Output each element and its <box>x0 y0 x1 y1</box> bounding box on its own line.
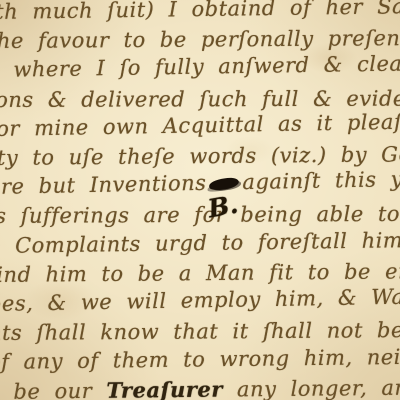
manuscript-line: ith much ſuit) I obtaind of her Sa <box>0 0 400 27</box>
handwritten-text: any longer, and <box>223 376 400 400</box>
manuscript-line: of any of them to wrong him, neit <box>0 343 400 378</box>
manuscript-photo: ith much ſuit) I obtaind of her Sathe fa… <box>0 0 400 400</box>
handwritten-text: nts ſhall know that it ſhall not be <box>0 318 400 345</box>
handwritten-text: the favour to be perſonally preſent w <box>0 26 400 53</box>
manuscript-text-block: ith much ſuit) I obtaind of her Sathe fa… <box>0 0 400 400</box>
manuscript-line: s where I ſo fully anſwerd & cleard a <box>0 49 400 86</box>
handwritten-text: s be our <box>0 379 107 400</box>
handwritten-text: is ſufferings are for being able to do ſ <box>0 202 400 228</box>
handwritten-text: are but Inventions <box>0 171 207 199</box>
handwritten-text: for mine own Acquittal as it pleaſ <box>0 110 400 141</box>
interline-annotation: B. <box>206 190 240 224</box>
handwritten-text: of any of them to wrong him, neit <box>0 345 400 374</box>
handwritten-text: Treaſurer <box>106 377 223 400</box>
handwritten-text: s where I ſo fully anſwerd & cleard a <box>0 51 400 82</box>
handwritten-text: ith much ſuit) I obtaind of her Sa <box>0 0 400 24</box>
manuscript-line: e Complaints urgd to foreſtall him <box>0 225 400 261</box>
handwritten-text: bes, & we will employ him, & Wallop <box>0 284 400 316</box>
handwritten-text: againſt this y <box>242 167 400 194</box>
handwritten-text: find him to be a Man fit to be emp <box>0 259 400 287</box>
handwritten-text: ions & delivered ſuch full & evident <box>0 86 400 112</box>
manuscript-line: s be our Treaſurer any longer, and <box>0 373 400 400</box>
handwritten-text: e Complaints urgd to foreſtall him <box>0 228 400 258</box>
